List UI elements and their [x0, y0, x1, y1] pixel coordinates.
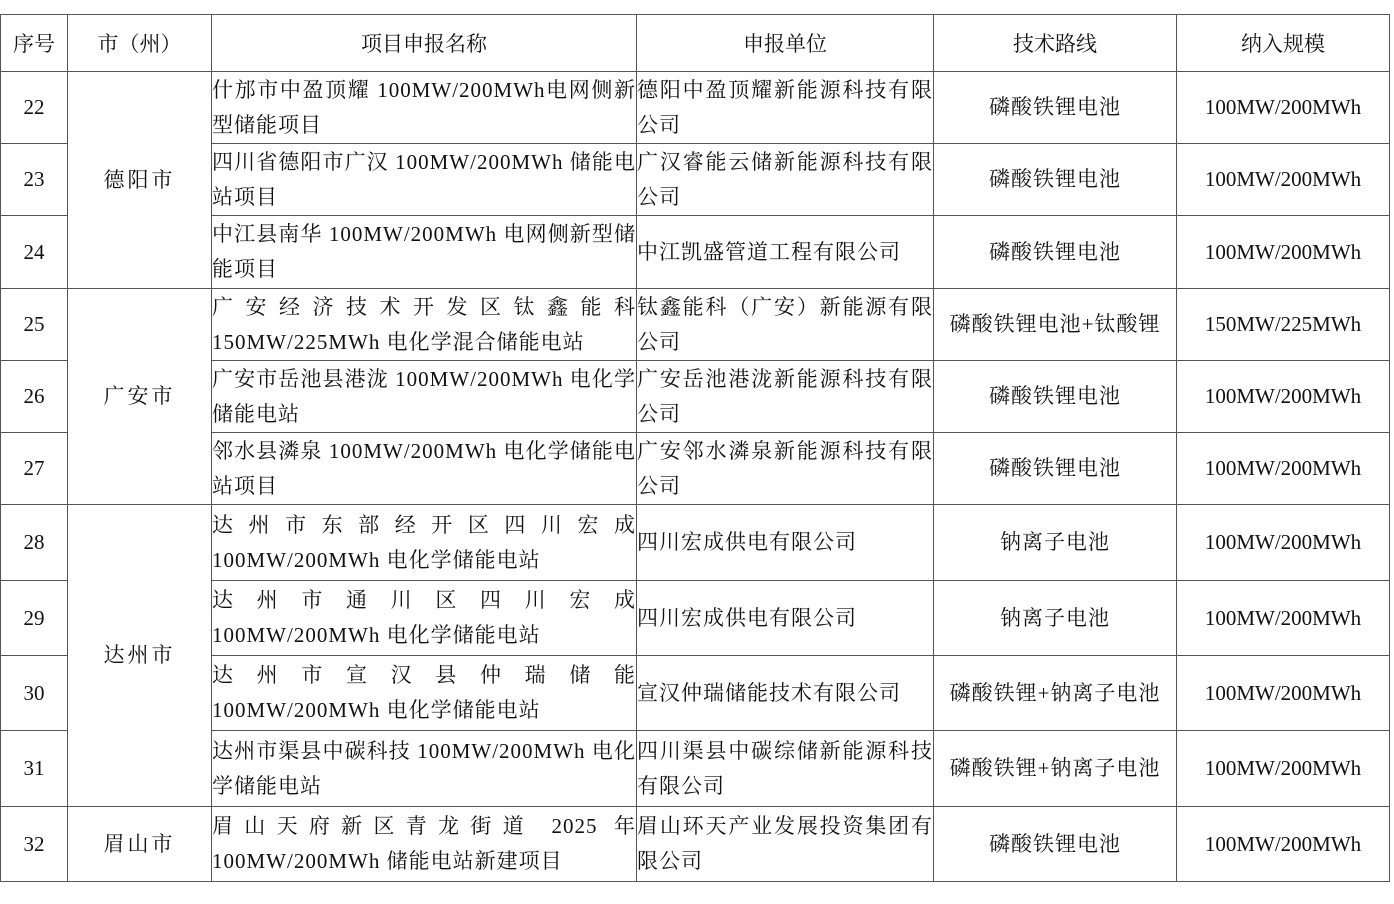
- header-city: 市（州）: [68, 15, 212, 72]
- city-cell: 德阳市: [68, 72, 212, 289]
- project-name: 广安经济技术开发区钛鑫能科 150MW/225MWh 电化学混合储能电站: [212, 289, 637, 361]
- applicant-unit: 眉山环天产业发展投资集团有限公司: [637, 807, 934, 882]
- applicant-unit: 四川宏成供电有限公司: [637, 505, 934, 581]
- city-cell: 眉山市: [68, 807, 212, 882]
- tech-route: 磷酸铁锂电池: [934, 216, 1177, 289]
- tech-route: 磷酸铁锂+钠离子电池: [934, 731, 1177, 807]
- row-no: 26: [1, 361, 68, 433]
- row-no: 28: [1, 505, 68, 581]
- applicant-unit: 广安邻水潾泉新能源科技有限公司: [637, 433, 934, 505]
- header-tech-route: 技术路线: [934, 15, 1177, 72]
- tech-route: 磷酸铁锂电池: [934, 72, 1177, 144]
- scale: 100MW/200MWh: [1177, 581, 1390, 656]
- table-row: 32 眉山市 眉山天府新区青龙街道 2025 年 100MW/200MWh 储能…: [1, 807, 1390, 882]
- project-name: 什邡市中盈顶耀 100MW/200MWh电网侧新型储能项目: [212, 72, 637, 144]
- project-name: 眉山天府新区青龙街道 2025 年 100MW/200MWh 储能电站新建项目: [212, 807, 637, 882]
- scale: 100MW/200MWh: [1177, 144, 1390, 216]
- project-table: 序号 市（州） 项目申报名称 申报单位 技术路线 纳入规模 22 德阳市 什邡市…: [0, 14, 1390, 882]
- project-name: 达州市通川区四川宏成 100MW/200MWh 电化学储能电站: [212, 581, 637, 656]
- project-name-line2: 100MW/200MWh 电化学储能电站: [212, 618, 636, 653]
- header-scale: 纳入规模: [1177, 15, 1390, 72]
- row-no: 29: [1, 581, 68, 656]
- project-name-line1: 达州市东部经开区四川宏成: [212, 508, 636, 543]
- city-cell: 达州市: [68, 505, 212, 807]
- tech-route: 磷酸铁锂电池+钛酸锂: [934, 289, 1177, 361]
- header-project-name: 项目申报名称: [212, 15, 637, 72]
- applicant-unit: 中江凯盛管道工程有限公司: [637, 216, 934, 289]
- scale: 100MW/200MWh: [1177, 807, 1390, 882]
- row-no: 22: [1, 72, 68, 144]
- applicant-unit: 广安岳池港泷新能源科技有限公司: [637, 361, 934, 433]
- scale: 100MW/200MWh: [1177, 216, 1390, 289]
- applicant-unit: 四川宏成供电有限公司: [637, 581, 934, 656]
- tech-route: 钠离子电池: [934, 581, 1177, 656]
- applicant-unit: 广汉睿能云储新能源科技有限公司: [637, 144, 934, 216]
- tech-route: 钠离子电池: [934, 505, 1177, 581]
- project-name-line1: 广安经济技术开发区钛鑫能科: [212, 290, 636, 325]
- tech-route: 磷酸铁锂电池: [934, 807, 1177, 882]
- tech-route: 磷酸铁锂+钠离子电池: [934, 656, 1177, 731]
- header-no: 序号: [1, 15, 68, 72]
- scale: 100MW/200MWh: [1177, 656, 1390, 731]
- row-no: 24: [1, 216, 68, 289]
- project-name-line2: 100MW/200MWh 电化学储能电站: [212, 543, 636, 578]
- project-name: 达州市渠县中碳科技 100MW/200MWh 电化学储能电站: [212, 731, 637, 807]
- scale: 100MW/200MWh: [1177, 731, 1390, 807]
- tech-route: 磷酸铁锂电池: [934, 144, 1177, 216]
- applicant-unit: 德阳中盈顶耀新能源科技有限公司: [637, 72, 934, 144]
- table-row: 25 广安市 广安经济技术开发区钛鑫能科 150MW/225MWh 电化学混合储…: [1, 289, 1390, 361]
- scale: 100MW/200MWh: [1177, 72, 1390, 144]
- table-row: 28 达州市 达州市东部经开区四川宏成 100MW/200MWh 电化学储能电站…: [1, 505, 1390, 581]
- tech-route: 磷酸铁锂电池: [934, 433, 1177, 505]
- table-row: 22 德阳市 什邡市中盈顶耀 100MW/200MWh电网侧新型储能项目 德阳中…: [1, 72, 1390, 144]
- row-no: 27: [1, 433, 68, 505]
- project-name-line1: 达州市通川区四川宏成: [212, 583, 636, 618]
- header-applicant-unit: 申报单位: [637, 15, 934, 72]
- scale: 100MW/200MWh: [1177, 433, 1390, 505]
- project-name: 达州市宣汉县仲瑞储能 100MW/200MWh 电化学储能电站: [212, 656, 637, 731]
- row-no: 30: [1, 656, 68, 731]
- scale: 100MW/200MWh: [1177, 505, 1390, 581]
- row-no: 25: [1, 289, 68, 361]
- applicant-unit: 四川渠县中碳综储新能源科技有限公司: [637, 731, 934, 807]
- row-no: 23: [1, 144, 68, 216]
- row-no: 32: [1, 807, 68, 882]
- project-name: 四川省德阳市广汉 100MW/200MWh 储能电站项目: [212, 144, 637, 216]
- project-name-line1: 达州市宣汉县仲瑞储能: [212, 658, 636, 693]
- scale: 100MW/200MWh: [1177, 361, 1390, 433]
- tech-route: 磷酸铁锂电池: [934, 361, 1177, 433]
- project-name: 中江县南华 100MW/200MWh 电网侧新型储能项目: [212, 216, 637, 289]
- project-name-line2: 150MW/225MWh 电化学混合储能电站: [212, 325, 636, 360]
- header-row: 序号 市（州） 项目申报名称 申报单位 技术路线 纳入规模: [1, 15, 1390, 72]
- applicant-unit: 宣汉仲瑞储能技术有限公司: [637, 656, 934, 731]
- applicant-unit: 钛鑫能科（广安）新能源有限公司: [637, 289, 934, 361]
- city-cell: 广安市: [68, 289, 212, 505]
- project-name-line2: 100MW/200MWh 电化学储能电站: [212, 693, 636, 728]
- project-name: 达州市东部经开区四川宏成 100MW/200MWh 电化学储能电站: [212, 505, 637, 581]
- project-name: 邻水县潾泉 100MW/200MWh 电化学储能电站项目: [212, 433, 637, 505]
- scale: 150MW/225MWh: [1177, 289, 1390, 361]
- row-no: 31: [1, 731, 68, 807]
- project-name: 广安市岳池县港泷 100MW/200MWh 电化学储能电站: [212, 361, 637, 433]
